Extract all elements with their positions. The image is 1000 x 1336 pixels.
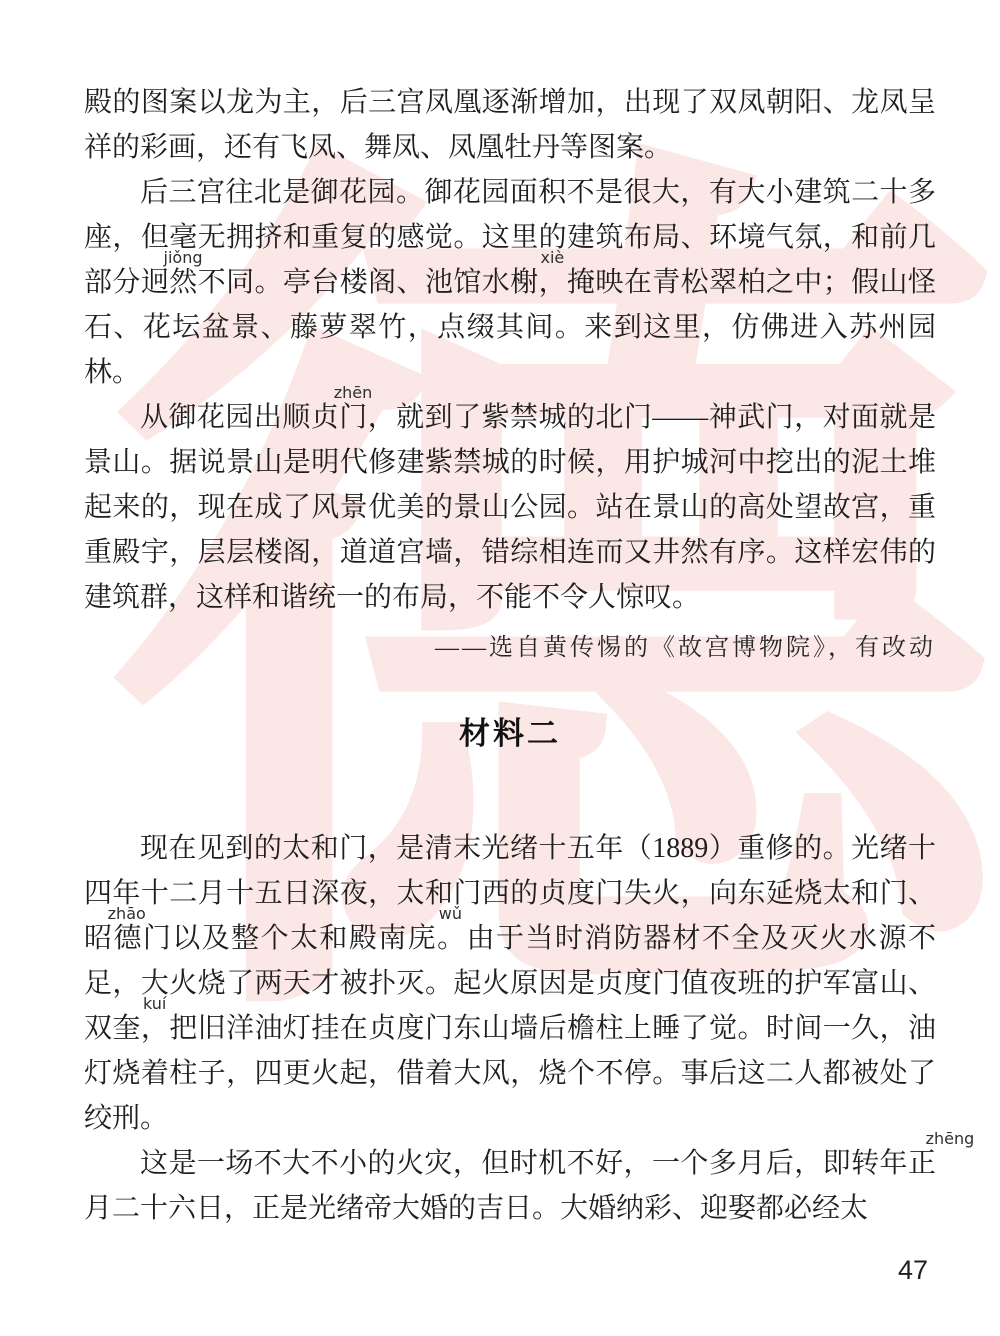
pinyin-annotation: wǔ — [383, 906, 462, 922]
page-number: 47 — [898, 1255, 928, 1286]
document-body: 殿的图案以龙为主，后三宫凤凰逐渐增加，出现了双凤朝阳、龙凤呈祥的彩画，还有飞凤、… — [84, 80, 936, 1231]
pinyin-annotation: jiǒng — [108, 250, 203, 266]
pinyin-annotation: zhēng — [870, 1131, 975, 1147]
pinyin-annotation: zhēn — [278, 385, 373, 401]
pinyin-annotated-char: kuí奎 — [112, 1013, 140, 1044]
pinyin-annotation: xiè — [485, 250, 565, 266]
source-attribution: ——选自黄传惕的《故宫博物院》，有改动 — [84, 626, 936, 671]
pinyin-annotated-char: zhēng正 — [908, 1148, 936, 1179]
paragraph: 殿的图案以龙为主，后三宫凤凰逐渐增加，出现了双凤朝阳、龙凤呈祥的彩画，还有飞凤、… — [84, 80, 936, 170]
paragraph: 后三宫往北是御花园。御花园面积不是很大，有大小建筑二十多座，但毫无拥挤和重复的感… — [84, 170, 936, 395]
textbook-page: 德 殿的图案以龙为主，后三宫凤凰逐渐增加，出现了双凤朝阳、龙凤呈祥的彩画，还有飞… — [0, 0, 1000, 1336]
pinyin-annotation: zhāo — [52, 906, 146, 922]
pinyin-annotated-char: xiè榭 — [510, 267, 538, 298]
section-heading: 材料二 — [84, 711, 936, 756]
pinyin-annotated-char: zhāo昭 — [84, 923, 113, 954]
pinyin-annotated-char: zhēn贞 — [311, 402, 339, 433]
paragraph: 从御花园出顺zhēn贞门，就到了紫禁城的北门——神武门，对面就是景山。据说景山是… — [84, 395, 936, 620]
pinyin-annotation: kuí — [87, 996, 166, 1012]
paragraph: 现在见到的太和门，是清末光绪十五年（1889）重修的。光绪十四年十二月十五日深夜… — [84, 826, 936, 1141]
paragraph: 这是一场不大不小的火灾，但时机不好，一个多月后，即转年zhēng正月二十六日，正… — [84, 1141, 936, 1231]
pinyin-annotated-char: wǔ庑 — [408, 923, 437, 954]
pinyin-annotated-char: jiǒng迥 — [141, 267, 169, 298]
